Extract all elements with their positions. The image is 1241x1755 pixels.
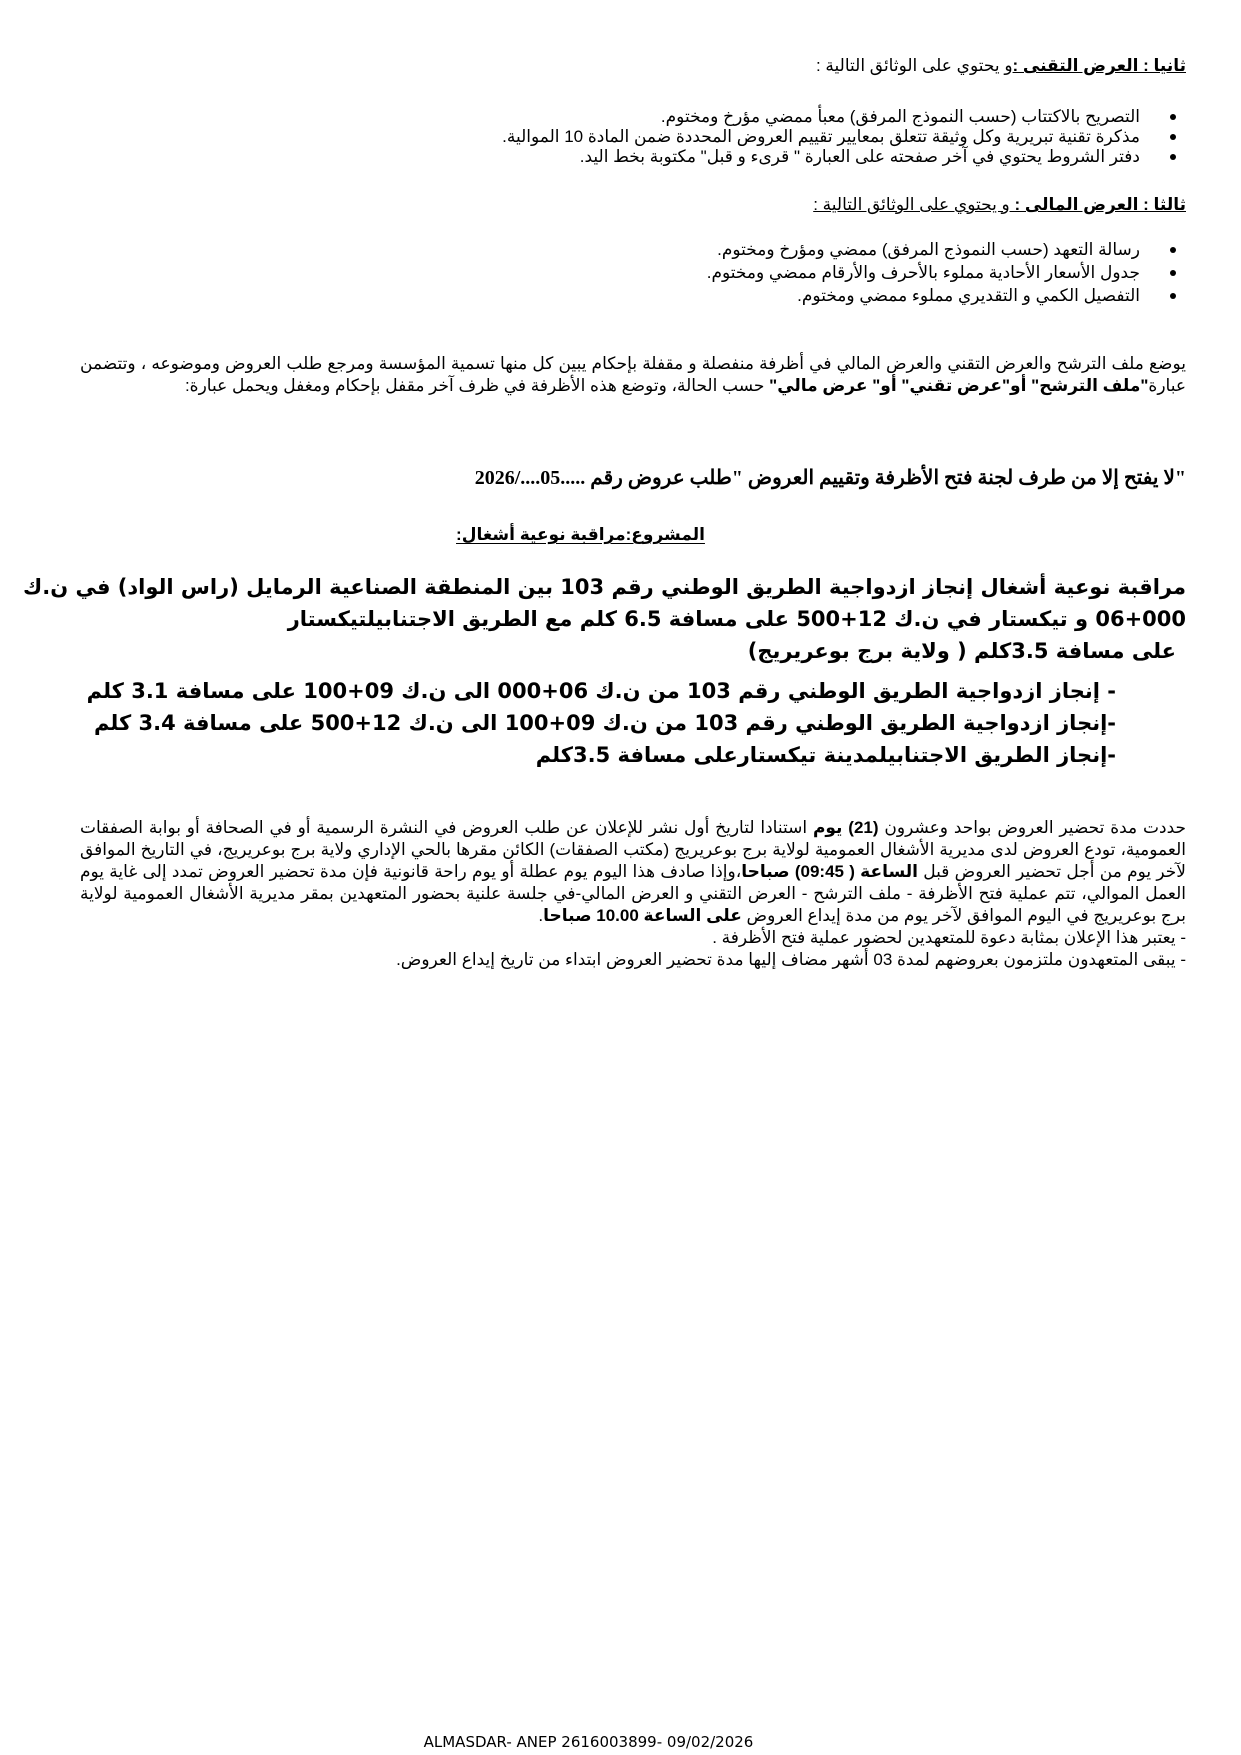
technical-offer-intro: و يحتوي على الوثائق التالية :: [816, 56, 1013, 75]
project-component-item: - إنجاز ازدواجية الطريق الوطني رقم 103 م…: [87, 675, 1116, 707]
submission-period: (21) يوم: [813, 818, 879, 837]
financial-offer-title: ثالثا : العرض المالى :: [1014, 195, 1186, 214]
bullet-icon: [1170, 154, 1176, 160]
list-item: جدول الأسعار الأحادية مملوء بالأحرف والأ…: [707, 261, 1186, 284]
validity-note: - يبقى المتعهدون ملتزمون بعروضهم لمدة 03…: [80, 949, 1186, 971]
technical-offer-title: ثانيا : العرض التقنى :: [1013, 56, 1186, 75]
financial-offer-list: رسالة التعهد (حسب النموذج المرفق) ممضي و…: [707, 238, 1186, 307]
bullet-icon: [1170, 293, 1176, 299]
deadline-paragraph: حددت مدة تحضير العروض بواحد وعشرون (21) …: [80, 817, 1186, 971]
project-component-item: -إنجاز الطريق الاجتنابيلمدينة تيكستارعلى…: [87, 739, 1116, 771]
list-item: التفصيل الكمي و التقديري مملوء ممضي ومخت…: [707, 284, 1186, 307]
list-item: رسالة التعهد (حسب النموذج المرفق) ممضي و…: [707, 238, 1186, 261]
opening-time: على الساعة 10.00 صباحا: [543, 906, 742, 925]
document-page: ثانيا : العرض التقنى :و يحتوي على الوثائ…: [0, 0, 1241, 1755]
list-item: مذكرة تقنية تبريرية وكل وثيقة تتعلق بمعا…: [502, 127, 1186, 147]
list-item: التصريح بالاكتتاب (حسب النموذج المرفق) م…: [502, 107, 1186, 127]
bullet-icon: [1170, 114, 1176, 120]
bullet-icon: [1170, 270, 1176, 276]
project-title: مراقبة نوعية أشغال إنجاز ازدواجية الطريق…: [23, 571, 1186, 667]
financial-offer-heading: ثالثا : العرض المالى : و يحتوي على الوثا…: [813, 194, 1186, 216]
project-title-line: 06+000 و تيكستار في ن.ك 12+500 على مسافة…: [23, 603, 1186, 635]
envelope-instructions: يوضع ملف الترشح والعرض التقني والعرض الم…: [80, 353, 1186, 397]
technical-offer-list: التصريح بالاكتتاب (حسب النموذج المرفق) م…: [502, 107, 1186, 167]
bullet-icon: [1170, 247, 1176, 253]
footer-reference: ALMASDAR- ANEP 2616003899- 09/02/2026: [424, 1733, 754, 1751]
project-component-item: -إنجاز ازدواجية الطريق الوطني رقم 103 من…: [87, 707, 1116, 739]
invitation-note: - يعتبر هذا الإعلان بمثابة دعوة للمتعهدي…: [80, 927, 1186, 949]
list-item: دفتر الشروط يحتوي في آخر صفحته على العبا…: [502, 147, 1186, 167]
submission-deadline-time: الساعة ( 09:45) صباحا: [741, 862, 918, 881]
project-label: المشروع:مراقبة نوعية أشغال:: [0, 523, 1241, 547]
envelope-label-text: "لا يفتح إلا من طرف لجنة فتح الأظرفة وتق…: [475, 465, 1186, 491]
page-footer: ALMASDAR- ANEP 2616003899- 09/02/2026: [0, 1733, 1241, 1751]
project-title-line: مراقبة نوعية أشغال إنجاز ازدواجية الطريق…: [23, 571, 1186, 603]
project-components: - إنجاز ازدواجية الطريق الوطني رقم 103 م…: [87, 675, 1116, 771]
financial-offer-intro: و يحتوي على الوثائق التالية :: [813, 195, 1014, 214]
bullet-icon: [1170, 134, 1176, 140]
technical-offer-heading: ثانيا : العرض التقنى :و يحتوي على الوثائ…: [816, 55, 1186, 77]
project-title-line: على مسافة 3.5كلم ( ولاية برج بوعريريج): [23, 635, 1186, 667]
